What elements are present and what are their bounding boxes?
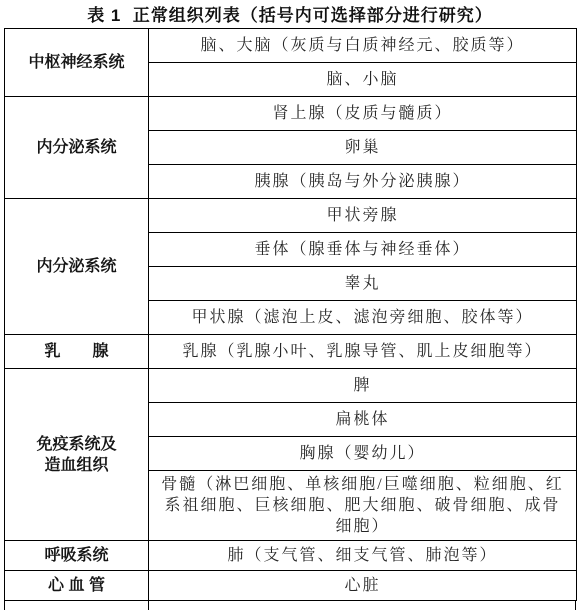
table-row: 呼吸系统 肺（支气管、细支气管、肺泡等） bbox=[5, 541, 577, 571]
tissue-cell: 脑、小脑 bbox=[149, 63, 577, 97]
tissue-cell: 甲状旁腺 bbox=[149, 199, 577, 233]
group-label-cell: 中枢神经系统 bbox=[5, 29, 149, 97]
tissue-cell: 扁桃体 bbox=[149, 403, 577, 437]
tissue-cell: 乳腺（乳腺小叶、乳腺导管、肌上皮细胞等） bbox=[149, 335, 577, 369]
group-label-cell: 内分泌系统 bbox=[5, 199, 149, 335]
tissue-cell: 卵巢 bbox=[149, 131, 577, 165]
group-label-cell: 乳 腺 bbox=[5, 335, 149, 369]
table-row: 心 血 管 心脏 bbox=[5, 571, 577, 601]
normal-tissue-table: 中枢神经系统 脑、大脑（灰质与白质神经元、胶质等） 脑、小脑 内分泌系统 肾上腺… bbox=[4, 28, 577, 601]
next-row-cutoff bbox=[4, 601, 576, 610]
tissue-cell: 心脏 bbox=[149, 571, 577, 601]
tissue-cell: 胸腺（婴幼儿） bbox=[149, 437, 577, 471]
table-row: 中枢神经系统 脑、大脑（灰质与白质神经元、胶质等） bbox=[5, 29, 577, 63]
table-row: 内分泌系统 肾上腺（皮质与髓质） bbox=[5, 97, 577, 131]
group-label-cell: 内分泌系统 bbox=[5, 97, 149, 199]
tissue-cell: 甲状腺（滤泡上皮、滤泡旁细胞、胶体等） bbox=[149, 301, 577, 335]
tissue-cell: 肾上腺（皮质与髓质） bbox=[149, 97, 577, 131]
tissue-cell: 骨髓（淋巴细胞、单核细胞/巨噬细胞、粒细胞、红系祖细胞、巨核细胞、肥大细胞、破骨… bbox=[149, 471, 577, 541]
tissue-cell: 肺（支气管、细支气管、肺泡等） bbox=[149, 541, 577, 571]
table-title: 表 1 正常组织列表（括号内可选择部分进行研究） bbox=[4, 0, 576, 28]
group-label-cell: 呼吸系统 bbox=[5, 541, 149, 571]
group-label-cell: 心 血 管 bbox=[5, 571, 149, 601]
tissue-cell: 胰腺（胰岛与外分泌胰腺） bbox=[149, 165, 577, 199]
tissue-cell: 脾 bbox=[149, 369, 577, 403]
table-row: 乳 腺 乳腺（乳腺小叶、乳腺导管、肌上皮细胞等） bbox=[5, 335, 577, 369]
document-page: 表 1 正常组织列表（括号内可选择部分进行研究） 中枢神经系统 脑、大脑（灰质与… bbox=[0, 0, 581, 612]
table-row: 内分泌系统 甲状旁腺 bbox=[5, 199, 577, 233]
group-label-cell: 免疫系统及 造血组织 bbox=[5, 369, 149, 541]
tissue-cell: 垂体（腺垂体与神经垂体） bbox=[149, 233, 577, 267]
column-divider-line bbox=[148, 601, 149, 610]
tissue-cell: 睾丸 bbox=[149, 267, 577, 301]
tissue-cell: 脑、大脑（灰质与白质神经元、胶质等） bbox=[149, 29, 577, 63]
table-row: 免疫系统及 造血组织 脾 bbox=[5, 369, 577, 403]
